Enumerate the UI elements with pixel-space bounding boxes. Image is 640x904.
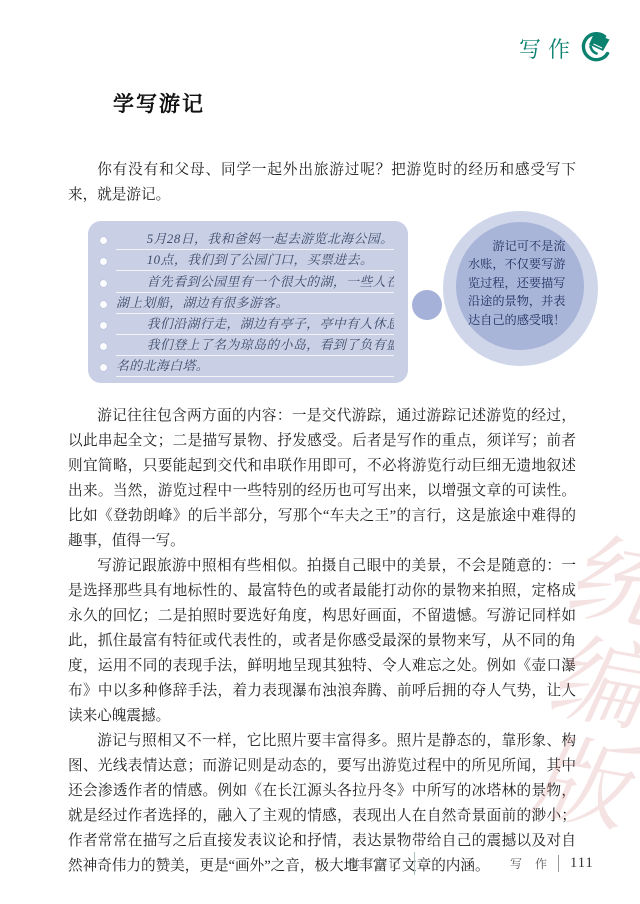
binding-hole-icon (100, 258, 107, 265)
note-line: 首先看到公园里有一个很大的湖，一些人在 (96, 271, 394, 292)
intro-paragraph-block: 你有没有和父母、同学一起外出旅游过呢？把游览时的经历和感受写下来，就是游记。 (68, 158, 576, 208)
travel-notes-card: 5月28日，我和爸妈一起去游览北海公园。 10点，我们到了公园门口，买票进去。 … (88, 221, 408, 383)
writing-brand-icon (580, 30, 614, 64)
binding-hole-icon (100, 301, 107, 308)
page-title: 学写游记 (113, 88, 205, 118)
intro-paragraph: 你有没有和父母、同学一起外出旅游过呢？把游览时的经历和感受写下来，就是游记。 (68, 158, 576, 208)
note-text: 首先看到公园里有一个很大的湖，一些人在 (116, 272, 394, 293)
note-text: 10点，我们到了公园门口，买票进去。 (116, 250, 394, 271)
footer-section-label: 写 作 (510, 855, 552, 872)
note-text: 我们登上了名为琼岛的小岛，看到了负有盛 (116, 335, 394, 356)
note-text: 我们沿湖行走，湖边有亭子，亭中有人休息。 (116, 314, 394, 335)
binding-hole-icon (100, 237, 107, 244)
speech-bubble: 游记可不是流水账，不仅要写游览过程，还要描写沿途的景物，并表达自己的感受哦！ (443, 211, 598, 366)
note-line: 我们沿湖行走，湖边有亭子，亭中有人休息。 (96, 314, 394, 335)
note-line: 我们登上了名为琼岛的小岛，看到了负有盛 (96, 335, 394, 356)
note-text: 名的北海白塔。 (116, 356, 394, 377)
binding-hole-icon (100, 343, 107, 350)
binding-hole-icon (100, 364, 107, 371)
note-line: 名的北海白塔。 (96, 356, 394, 377)
speech-bubble-text: 游记可不是流水账，不仅要写游览过程，还要描写沿途的景物，并表达自己的感受哦！ (468, 237, 572, 330)
body-paragraph-1: 游记往往包含两方面的内容：一是交代游踪，通过游踪记述游览的经过，以此串起全文；二… (68, 404, 576, 554)
footer-page-number: 111 (570, 855, 594, 872)
body-text-block: 游记往往包含两方面的内容：一是交代游踪，通过游踪记述游览的经过，以此串起全文；二… (68, 404, 576, 879)
body-paragraph-2: 写游记跟旅游中照相有些相似。拍摄自己眼中的美景，不会是随意的：一是选择那些具有地… (68, 554, 576, 729)
textbook-page: 写作 学写游记 你有没有和父母、同学一起外出旅游过呢？把游览时的经历和感受写下来… (0, 0, 640, 904)
note-line: 5月28日，我和爸妈一起去游览北海公园。 (96, 229, 394, 250)
bubble-connector-dot (412, 290, 442, 320)
note-line: 10点，我们到了公园门口，买票进去。 (96, 250, 394, 271)
binding-hole-icon (100, 322, 107, 329)
footer-divider (414, 852, 415, 875)
note-line: 湖上划船，湖边有很多游客。 (96, 293, 394, 314)
footer-divider (558, 855, 559, 872)
binding-hole-icon (100, 280, 107, 287)
header-section-label: 写作 (519, 33, 577, 64)
note-text: 5月28日，我和爸妈一起去游览北海公园。 (116, 229, 394, 250)
speech-bubble-inner: 游记可不是流水账，不仅要写游览过程，还要描写沿途的景物，并表达自己的感受哦！ (456, 222, 584, 350)
page-footer: 学写游记 写 作 111 (348, 852, 594, 875)
note-text: 湖上划船，湖边有很多游客。 (116, 293, 394, 314)
footer-lesson-title: 学写游记 (348, 855, 402, 872)
